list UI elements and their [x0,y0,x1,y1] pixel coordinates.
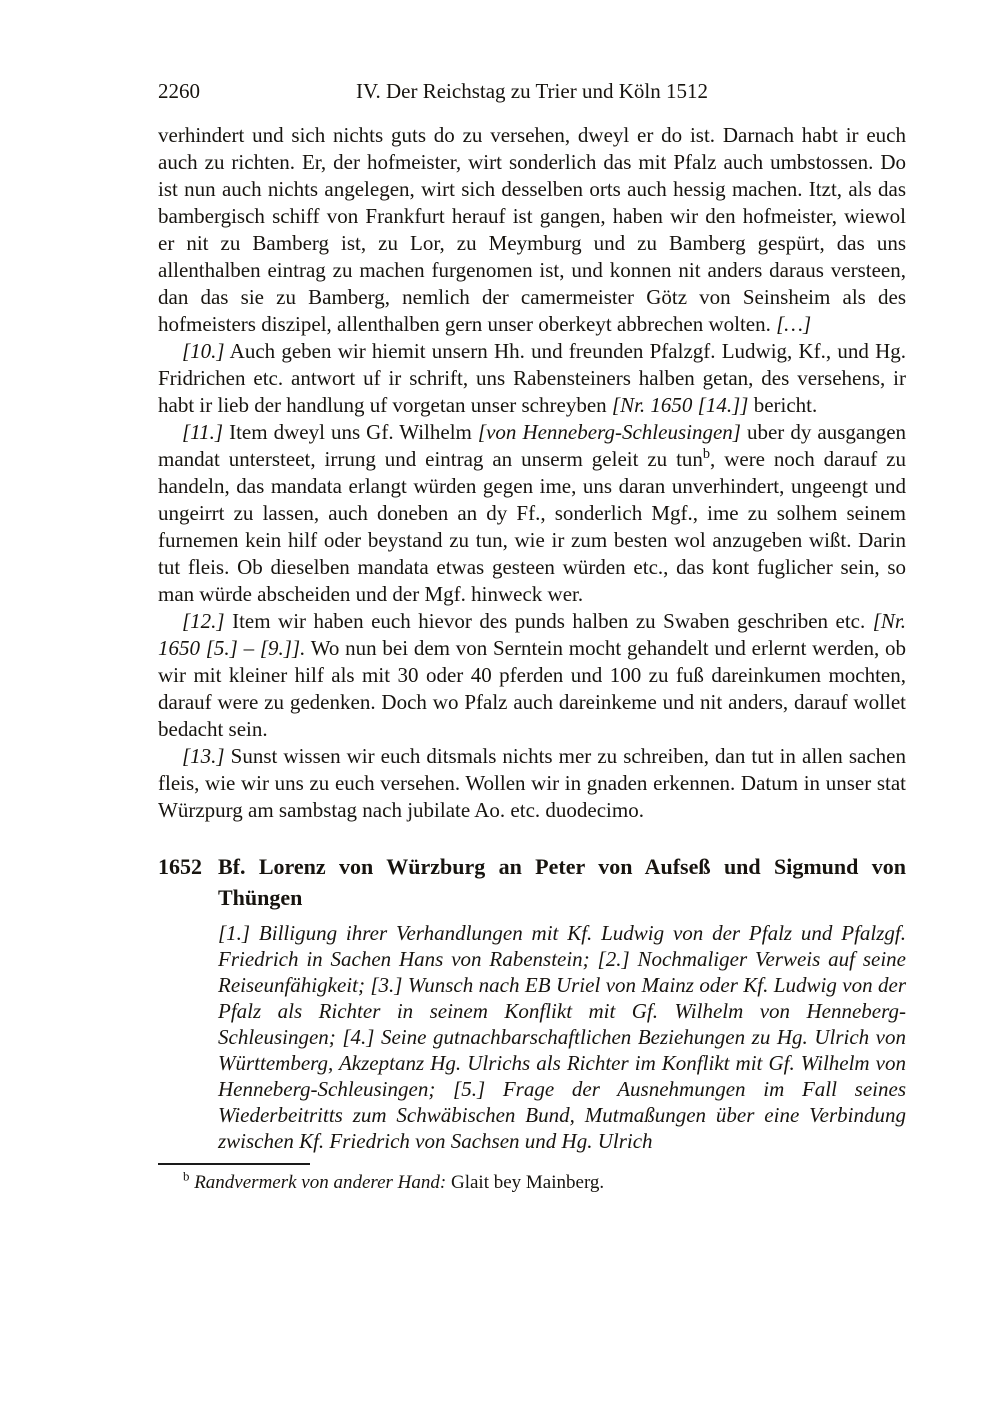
footnote-divider [158,1163,310,1165]
footnote-text: b Randvermerk von anderer Hand: Glait be… [158,1170,906,1195]
italic-run: […] [776,312,811,336]
paragraph-9-continuation: verhindert und sich nichts guts do zu ve… [158,122,906,338]
paragraph-13: [13.] Sunst wissen wir euch ditsmals nic… [158,743,906,824]
text-run: Glait bey Mainberg. [446,1172,604,1193]
text-run: Item wir haben euch hievor des punds hal… [225,609,873,633]
entry-heading: 1652 Bf. Lorenz von Würzburg an Peter vo… [218,851,906,913]
italic-run: [von Henneberg-Schleusingen] [478,420,741,444]
paragraph-12: [12.] Item wir haben euch hievor des pun… [158,608,906,743]
text-run: verhindert und sich nichts guts do zu ve… [158,123,906,336]
entry-number: 1652 [158,851,202,882]
text-run: Item dweyl uns Gf. Wilhelm [223,420,478,444]
running-header: 2260 IV. Der Reichstag zu Trier und Köln… [158,78,906,105]
footnote-ref-b: b [703,446,710,462]
footnote-b: b Randvermerk von anderer Hand: Glait be… [158,1170,906,1195]
text-block: 2260 IV. Der Reichstag zu Trier und Köln… [158,78,906,1195]
italic-run: [10.] [182,339,225,363]
footnote-section: b Randvermerk von anderer Hand: Glait be… [158,1163,906,1195]
text-run: Sunst wissen wir euch ditsmals nichts me… [158,744,906,822]
paragraph-11: [11.] Item dweyl uns Gf. Wilhelm [von He… [158,419,906,608]
italic-run: [13.] [182,744,225,768]
italic-run: [12.] [182,609,225,633]
entry-summary: [1.] Billigung ihrer Verhandlungen mit K… [218,920,906,1154]
italic-run: [Nr. 1650 [14.]] [612,393,749,417]
letter-body: verhindert und sich nichts guts do zu ve… [158,122,906,824]
running-title: IV. Der Reichstag zu Trier und Köln 1512 [158,78,906,105]
text-run: bericht. [748,393,817,417]
book-page: 2260 IV. Der Reichstag zu Trier und Köln… [0,0,1004,1418]
italic-run: Randvermerk von anderer Hand: [194,1172,446,1193]
paragraph-10: [10.] Auch geben wir hiemit unsern Hh. u… [158,338,906,419]
entry-title: Bf. Lorenz von Würzburg an Peter von Auf… [218,854,906,910]
italic-run: [11.] [182,420,223,444]
